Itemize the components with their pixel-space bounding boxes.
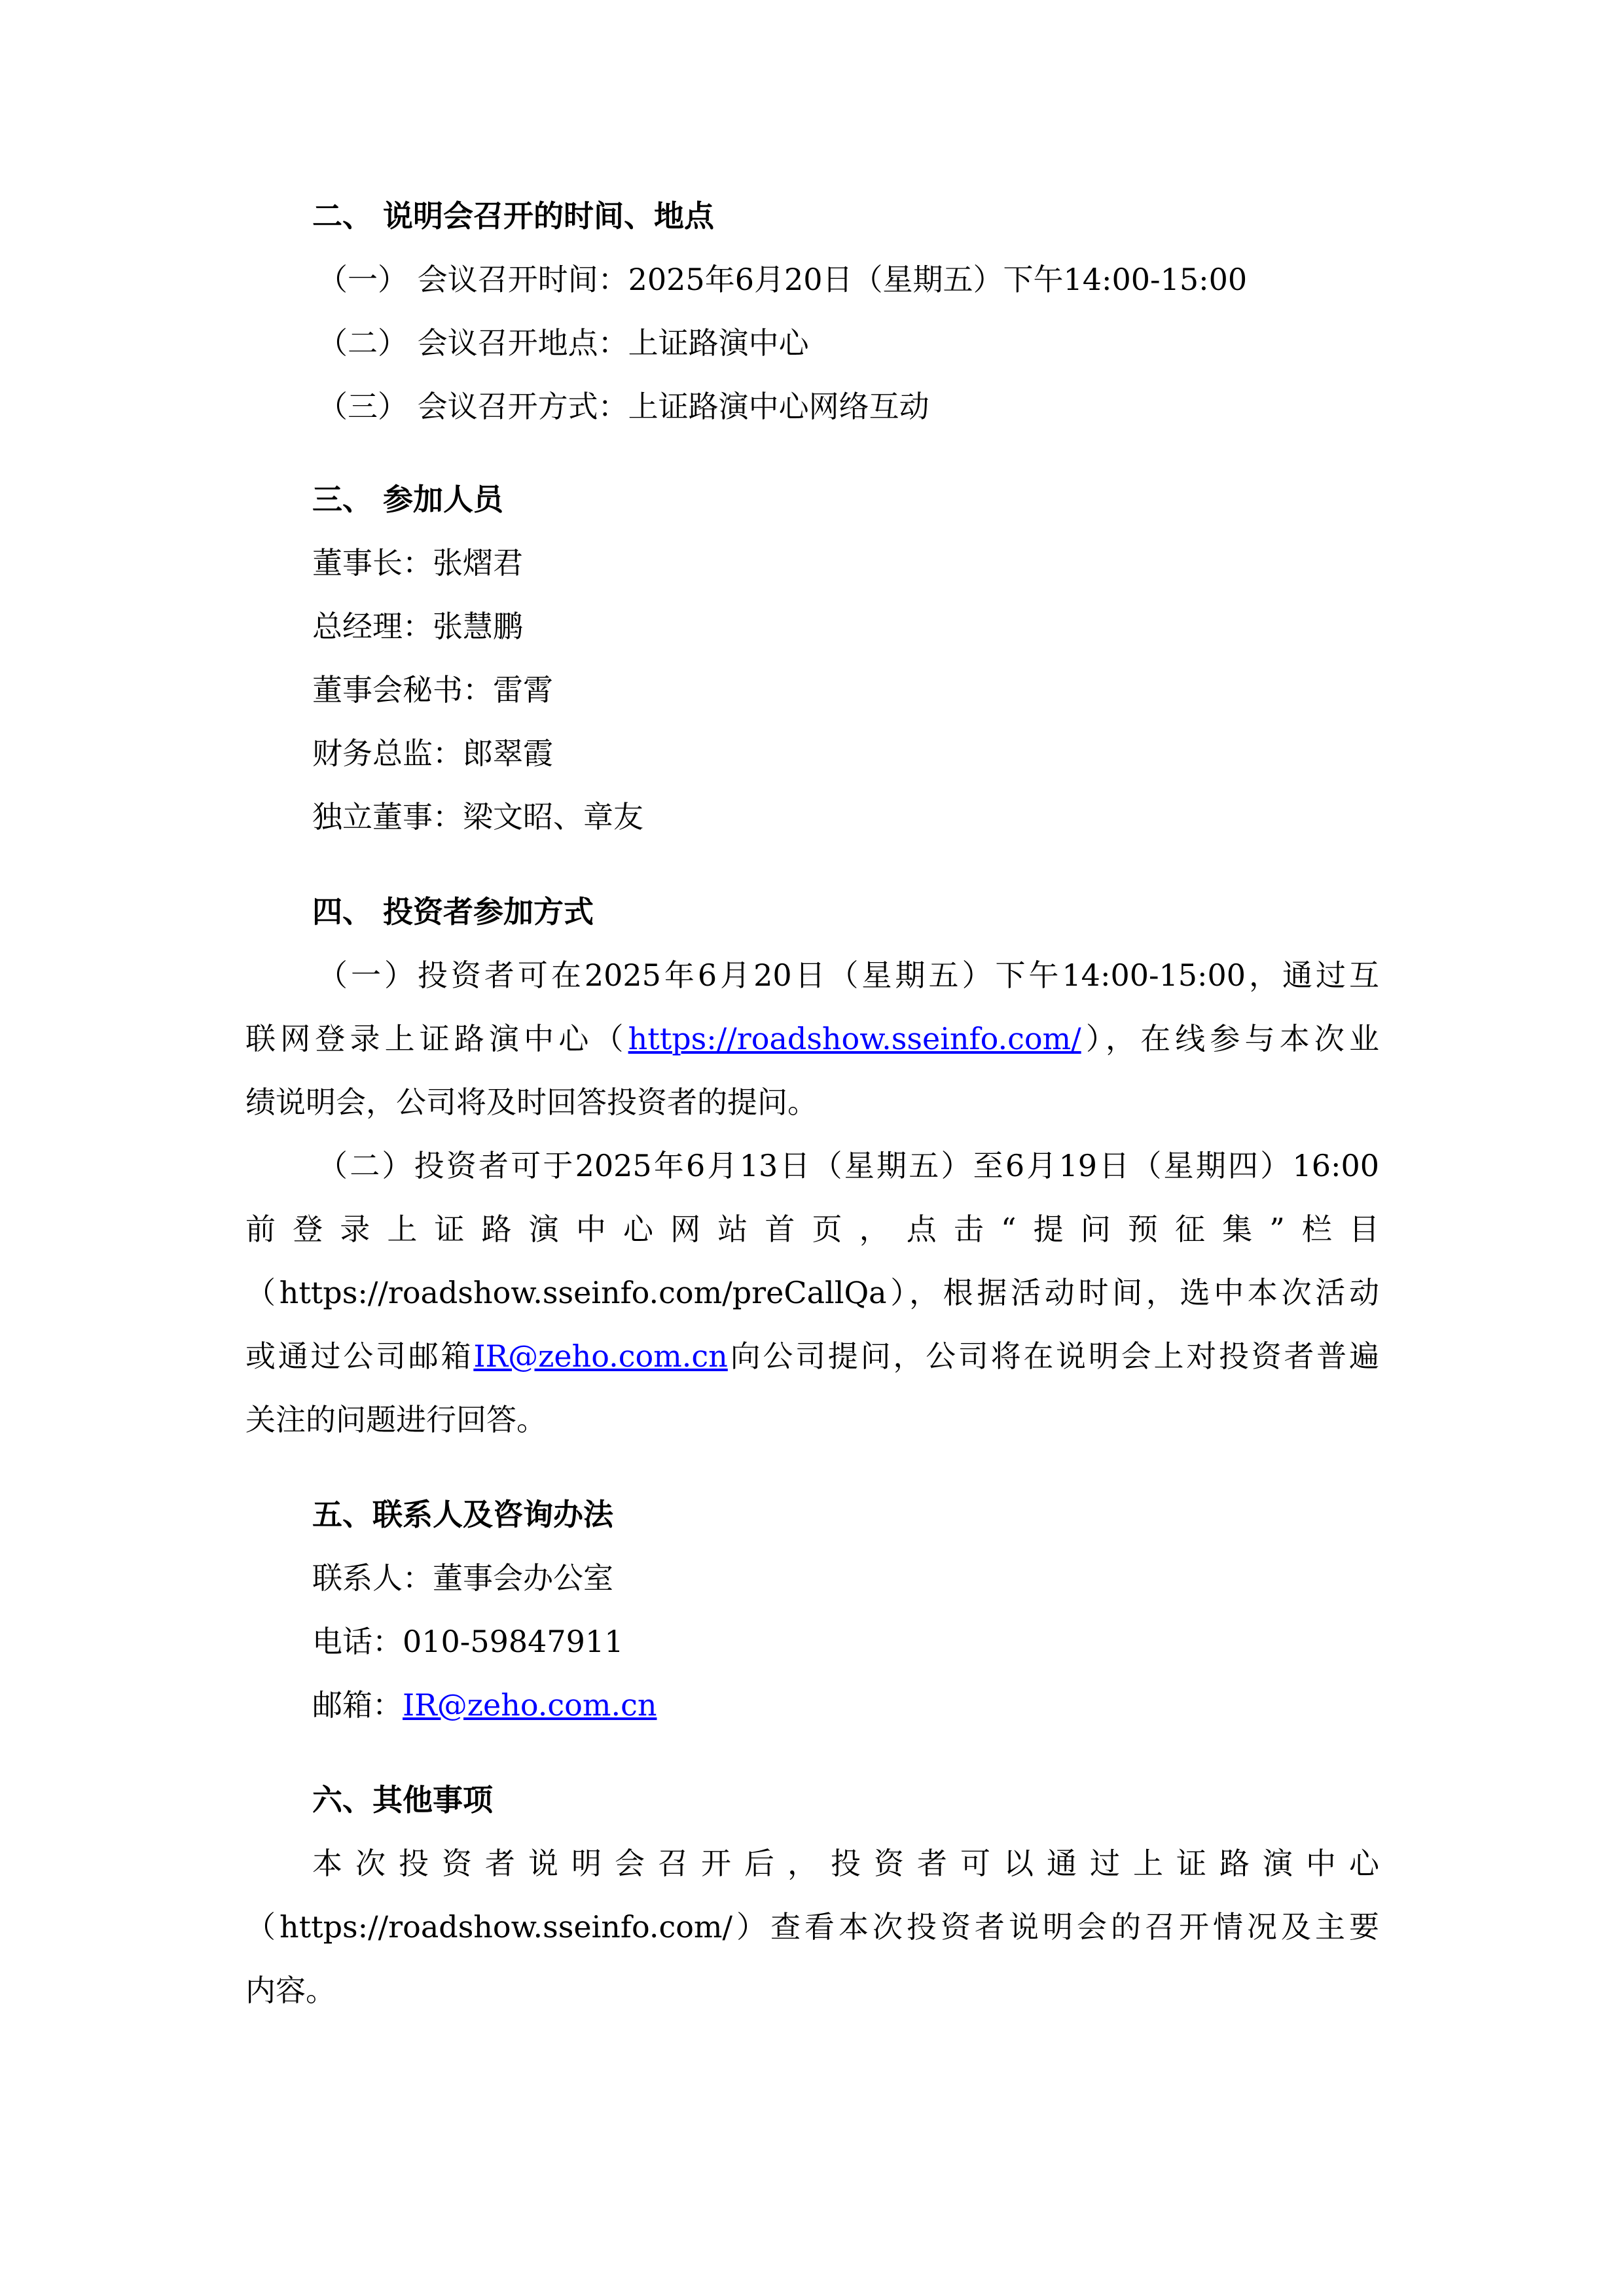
participation-p2-line1: （二）投资者可于2025年6月13日（星期五）至6月19日（星期四）16:00: [317, 1146, 1379, 1185]
meeting-method: （三） 会议召开方式：上证路演中心网络互动: [317, 387, 929, 426]
other-matters-line2: （https://roadshow.sseinfo.com/）查看本次投资者说明…: [245, 1907, 1379, 1946]
text-fragment: 联网登录上证路演中心（: [245, 1021, 628, 1056]
participant-cfo: 财务总监：郎翠霞: [312, 734, 553, 773]
ir-email-link[interactable]: IR@zeho.com.cn: [473, 1338, 727, 1374]
participant-general-manager: 总经理：张慧鹏: [312, 607, 523, 646]
text-fragment: 或通过公司邮箱: [245, 1338, 473, 1374]
section-heading-participants: 三、 参加人员: [312, 480, 503, 519]
participation-p2-line3: （https://roadshow.sseinfo.com/preCallQa）…: [245, 1273, 1379, 1312]
meeting-location: （二） 会议召开地点：上证路演中心: [317, 323, 809, 363]
participation-p1-line2: 联网登录上证路演中心（https://roadshow.sseinfo.com/…: [245, 1019, 1379, 1058]
section-heading-contact: 五、联系人及咨询办法: [312, 1495, 613, 1534]
section-heading-investor-participation: 四、 投资者参加方式: [312, 892, 594, 931]
participation-p2-line5: 关注的问题进行回答。: [245, 1400, 547, 1439]
contact-value: 董事会办公室: [433, 1560, 613, 1596]
roadshow-link[interactable]: https://roadshow.sseinfo.com/: [628, 1021, 1081, 1056]
contact-phone: 电话：010-59847911: [312, 1622, 623, 1661]
contact-person: 联系人：董事会办公室: [312, 1558, 613, 1598]
participation-p2-line2: 前登录上证路演中心网站首页，点击“提问预征集”栏目: [245, 1210, 1379, 1249]
participation-p1-line1: （一）投资者可在2025年6月20日（星期五）下午14:00-15:00，通过互: [317, 956, 1379, 995]
contact-email-link[interactable]: IR@zeho.com.cn: [403, 1687, 657, 1723]
contact-email: 邮箱：IR@zeho.com.cn: [312, 1685, 657, 1725]
participant-independent-directors: 独立董事：梁文昭、章友: [312, 797, 643, 836]
email-label: 邮箱：: [312, 1687, 403, 1723]
contact-label: 联系人：: [312, 1560, 433, 1596]
participant-chairman: 董事长：张熠君: [312, 543, 523, 583]
meeting-time: （一） 会议召开时间：2025年6月20日（星期五）下午14:00-15:00: [317, 260, 1247, 299]
phone-value: 010-59847911: [403, 1624, 623, 1659]
other-matters-line3: 内容。: [245, 1971, 336, 2010]
section-heading-time-place: 二、 说明会召开的时间、地点: [312, 196, 714, 236]
participation-p1-line3: 绩说明会，公司将及时回答投资者的提问。: [245, 1083, 818, 1122]
participant-board-secretary: 董事会秘书：雷霄: [312, 670, 553, 709]
other-matters-line1: 本次投资者说明会召开后，投资者可以通过上证路演中心: [312, 1844, 1379, 1883]
section-heading-other-matters: 六、其他事项: [312, 1780, 493, 1820]
text-fragment: 向公司提问，公司将在说明会上对投资者普遍: [728, 1338, 1379, 1374]
participation-p2-line4: 或通过公司邮箱IR@zeho.com.cn向公司提问，公司将在说明会上对投资者普…: [245, 1336, 1379, 1376]
text-fragment: ），在线参与本次业: [1081, 1021, 1379, 1056]
phone-label: 电话：: [312, 1624, 403, 1659]
